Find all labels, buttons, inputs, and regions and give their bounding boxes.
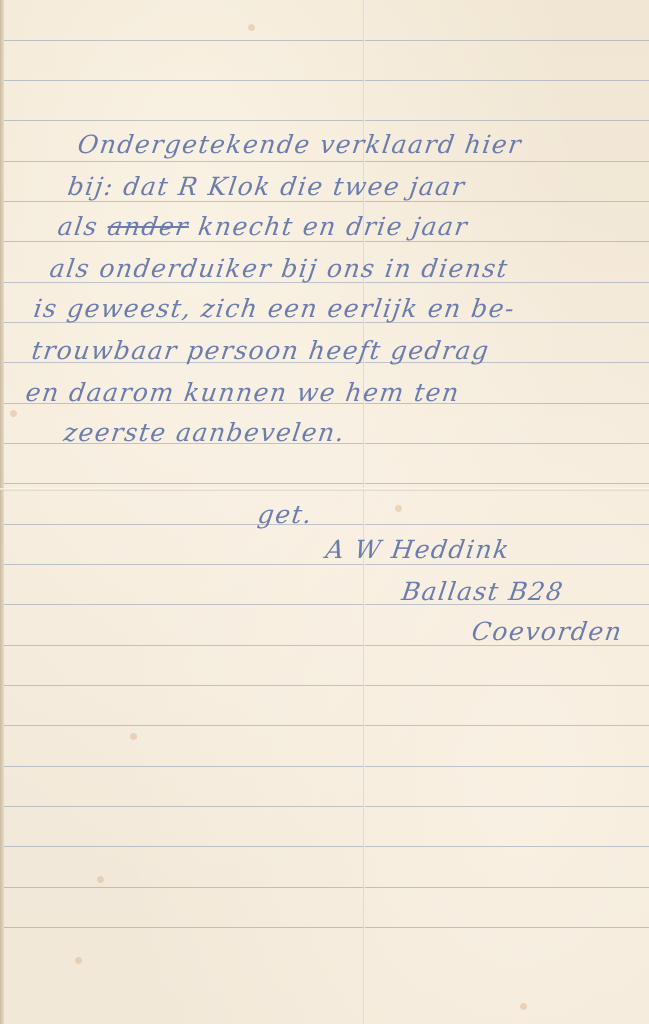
letter-line-3-rest: knecht en drie jaar (196, 212, 470, 241)
ruled-line (4, 725, 649, 726)
signature-marker: get. (256, 500, 315, 529)
torn-left-edge (0, 0, 4, 1024)
ruled-line (4, 927, 649, 928)
foxing-spot (10, 410, 17, 417)
letter-line-8: zeerste aanbevelen. (62, 418, 347, 447)
foxing-spot (97, 876, 104, 883)
ruled-line (4, 685, 649, 686)
ruled-line (4, 120, 649, 121)
letter-paper: Ondergetekende verklaard hier bij: dat R… (0, 0, 649, 1024)
foxing-spot (130, 733, 137, 740)
signature-city: Coevorden (470, 617, 625, 646)
foxing-spot (75, 957, 82, 964)
letter-line-6: trouwbaar persoon heeft gedrag (30, 336, 492, 365)
letter-line-4: als onderduiker bij ons in dienst (48, 254, 511, 283)
letter-line-7: en daarom kunnen we hem ten (24, 378, 462, 407)
letter-line-5: is geweest, zich een eerlijk en be- (32, 294, 517, 323)
ruled-line (4, 766, 649, 767)
ruled-line (4, 161, 649, 162)
ruled-line (4, 483, 649, 484)
letter-line-3: als ander knecht en drie jaar (56, 212, 470, 241)
ruled-line (4, 806, 649, 807)
ruled-line (4, 887, 649, 888)
ruled-line (4, 80, 649, 81)
ruled-line (4, 524, 649, 525)
horizontal-fold-crease (0, 488, 649, 491)
letter-line-1: Ondergetekende verklaard hier (76, 130, 524, 159)
signature-address: Ballast B28 (400, 577, 566, 606)
ruled-line (4, 241, 649, 242)
ruled-line (4, 40, 649, 41)
foxing-spot (395, 505, 402, 512)
struck-word: ander (106, 212, 191, 241)
foxing-spot (248, 24, 255, 31)
ruled-line (4, 846, 649, 847)
signature-name: A W Heddink (324, 535, 512, 564)
letter-line-2: bij: dat R Klok die twee jaar (66, 172, 467, 201)
ruled-line (4, 201, 649, 202)
letter-line-3-prefix: als (56, 212, 100, 241)
foxing-spot (520, 1003, 527, 1010)
ruled-line (4, 564, 649, 565)
